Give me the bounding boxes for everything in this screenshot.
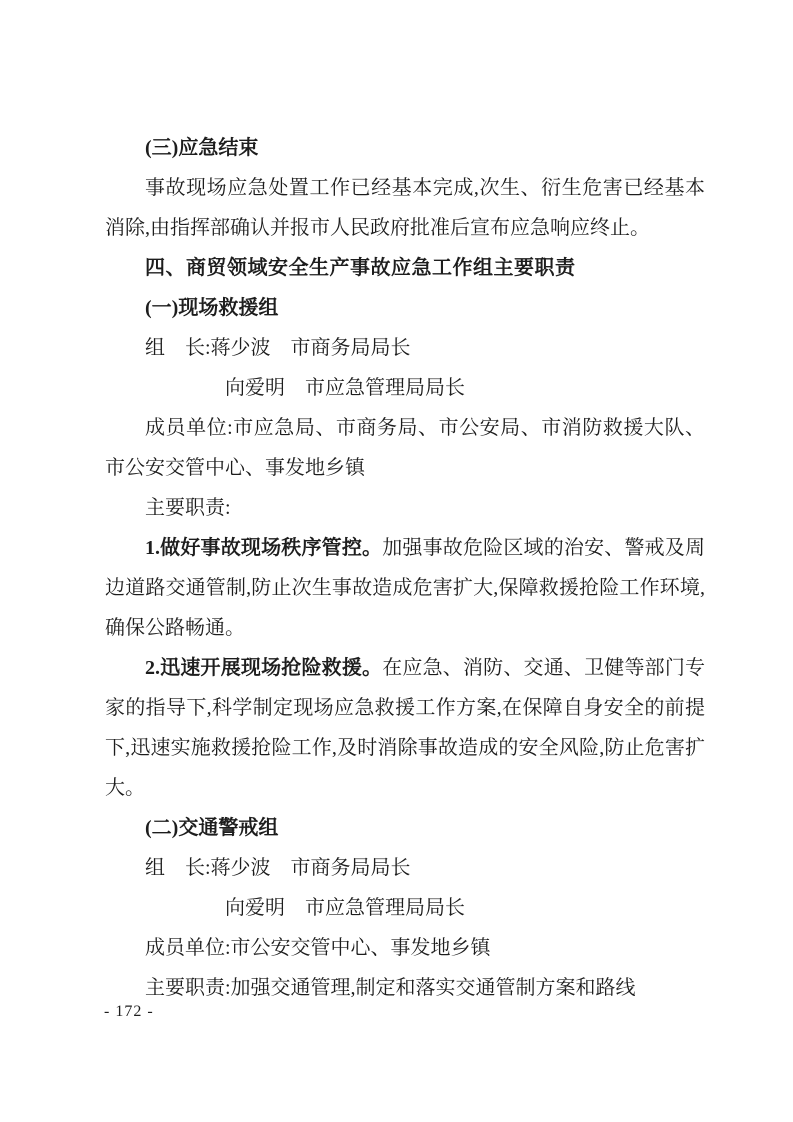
group1-heading: (一)现场救援组	[105, 288, 705, 328]
group1-duty-2: 2.迅速开展现场抢险救援。在应急、消防、交通、卫健等部门专家的指导下,科学制定现…	[105, 648, 705, 808]
section4-heading: 四、商贸领域安全生产事故应急工作组主要职责	[105, 248, 705, 288]
group1-duty-2-lead: 2.迅速开展现场抢险救援。	[145, 657, 382, 679]
document-page: (三)应急结束 事故现场应急处置工作已经基本完成,次生、衍生危害已经基本消除,由…	[0, 0, 793, 1122]
group2-leader-line2: 向爱明 市应急管理局局长	[105, 888, 705, 928]
group2-members: 成员单位:市公安交管中心、事发地乡镇	[105, 928, 705, 968]
group1-leader-line2: 向爱明 市应急管理局局长	[105, 368, 705, 408]
section3-body: 事故现场应急处置工作已经基本完成,次生、衍生危害已经基本消除,由指挥部确认并报市…	[105, 168, 705, 248]
group1-members: 成员单位:市应急局、市商务局、市公安局、市消防救援大队、市公安交管中心、事发地乡…	[105, 408, 705, 488]
group1-duty-1: 1.做好事故现场秩序管控。加强事故危险区域的治安、警戒及周边道路交通管制,防止次…	[105, 528, 705, 648]
group1-leader-line1: 组 长:蒋少波 市商务局局长	[105, 328, 705, 368]
group1-duties-label: 主要职责:	[105, 488, 705, 528]
section3-heading: (三)应急结束	[105, 128, 705, 168]
group2-duties: 主要职责:加强交通管理,制定和落实交通管制方案和路线	[105, 968, 705, 1008]
group2-leader-line1: 组 长:蒋少波 市商务局局长	[105, 848, 705, 888]
group1-duty-1-lead: 1.做好事故现场秩序管控。	[145, 537, 382, 559]
document-content: (三)应急结束 事故现场应急处置工作已经基本完成,次生、衍生危害已经基本消除,由…	[105, 128, 705, 1008]
page-number: - 172 -	[104, 1001, 154, 1023]
group2-heading: (二)交通警戒组	[105, 808, 705, 848]
